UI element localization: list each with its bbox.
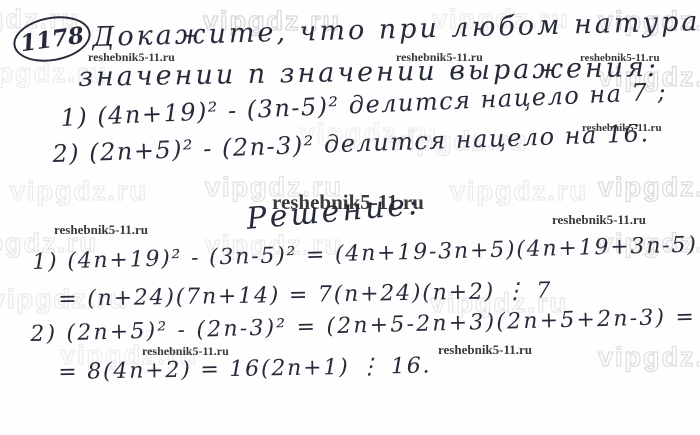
solution-heading: Решение: <box>245 187 422 237</box>
reshebnik-watermark: reshebnik5-11.ru <box>54 222 148 238</box>
scanned-solution-page: vipgdz.ruvipgdz.ruvipgdz.ruvipgdz.ruvipg… <box>0 0 700 435</box>
problem-number: 1178 <box>18 21 85 57</box>
solution-line-1: 1) (4n+19)² - (3n-5)² = (4n+19-3n+5)(4n+… <box>32 232 700 275</box>
reshebnik-watermark: reshebnik5-11.ru <box>438 342 532 358</box>
reshebnik-watermark: reshebnik5-11.ru <box>552 212 646 228</box>
solution-line-4: = 8(4n+2) = 16(2n+1) ⋮ 16. <box>58 353 432 385</box>
solution-line-3: 2) (2n+5)² - (2n-3)² = (2n+5-2n+3)(2n+5+… <box>30 305 696 347</box>
problem-number-circle: 1178 <box>10 11 94 68</box>
vipgdz-watermark: vipgdz.ru <box>598 172 700 203</box>
solution-line-2: = (n+24)(7n+14) = 7(n+24)(n+2) ⋮ 7 <box>58 278 552 312</box>
vipgdz-watermark: vipgdz.ru <box>10 176 148 207</box>
problem-text-line-1: Докажите, что при любом натуральном <box>92 3 700 53</box>
vipgdz-watermark: vipgdz.ru <box>450 176 588 207</box>
vipgdz-watermark: vipgdz.ru <box>598 342 700 373</box>
